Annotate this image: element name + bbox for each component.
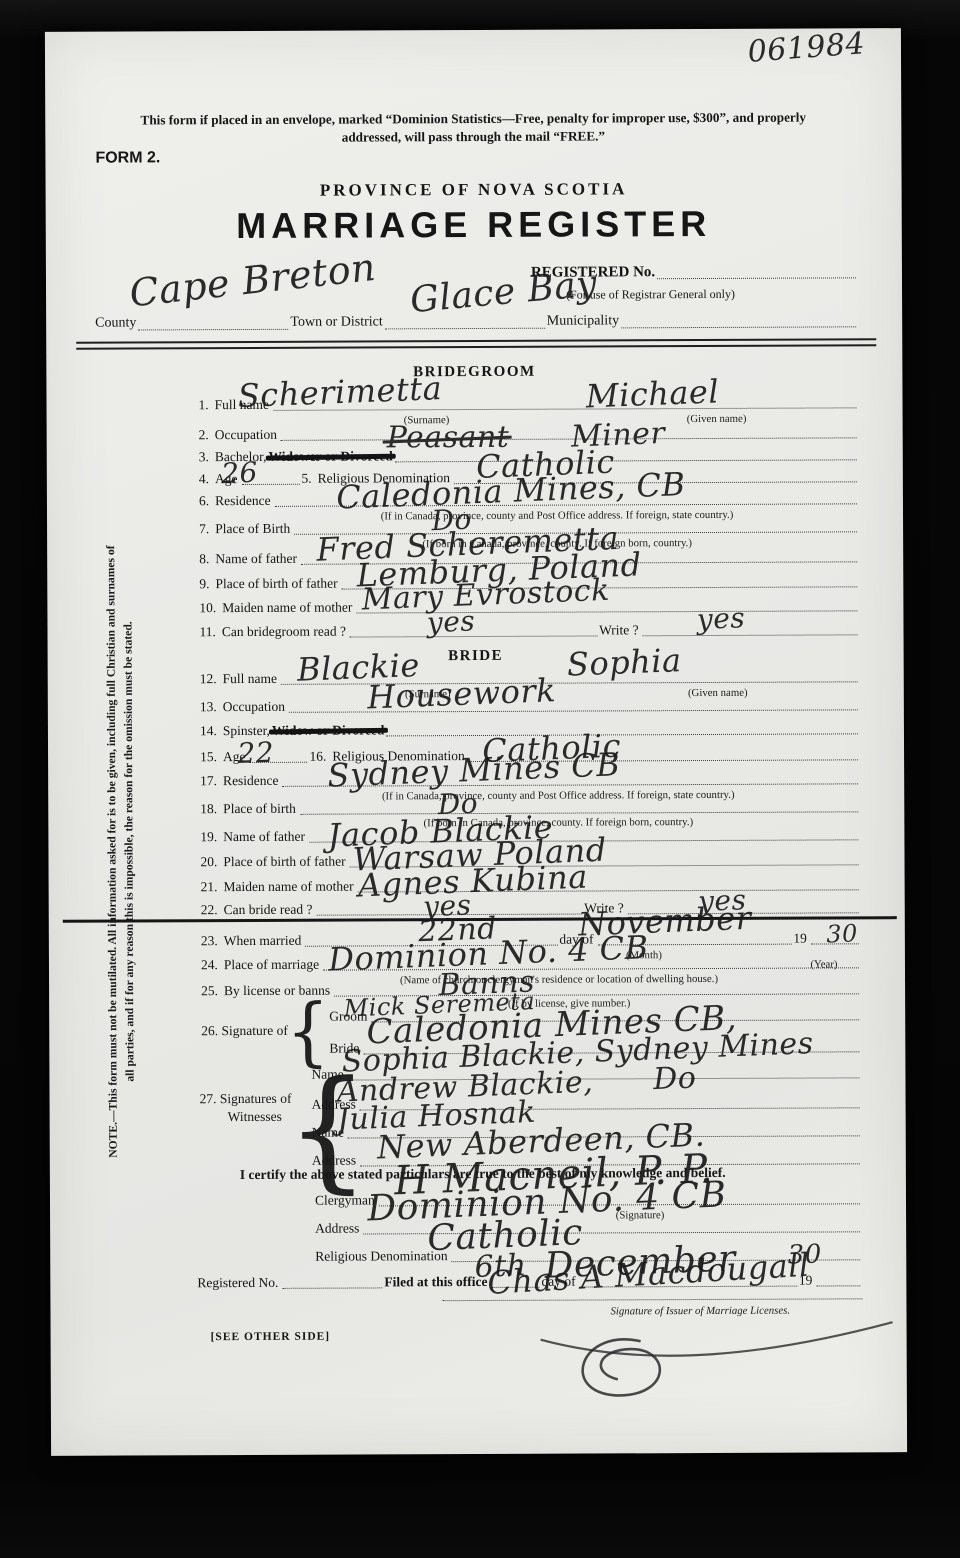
mail-notice: This form if placed in an envelope, mark… <box>45 108 901 149</box>
handwritten-bride-mother: Agnes Kubina <box>357 858 588 905</box>
field-number: 18. <box>200 801 217 817</box>
groom-occupation-row: 2. Occupation <box>199 424 859 443</box>
signature-flourish-icon <box>520 1310 910 1412</box>
county-label: County <box>95 315 136 332</box>
province-heading: PROVINCE OF NOVA SCOTIA <box>46 178 902 202</box>
municipality-label: Municipality <box>547 313 619 330</box>
bride-literacy-row: 22. Can bride read ? Write ? <box>201 899 861 918</box>
field-number: 11. <box>199 624 215 640</box>
signature-of-label: Signature of <box>221 1023 287 1038</box>
marriage-register-page: 061984 This form if placed in an envelop… <box>45 28 907 1456</box>
handwritten-groom-can-read: yes <box>426 604 476 639</box>
dotted-line <box>395 456 857 463</box>
witnesses-label2: Witnesses <box>228 1109 282 1125</box>
field-number: 7. <box>199 521 209 537</box>
field-number: 17. <box>200 773 217 789</box>
field-label: Maiden name of mother <box>223 879 353 896</box>
handwritten-bride-given: Sophia <box>566 641 682 683</box>
field-number: 27. <box>200 1091 217 1106</box>
divider-double-rule <box>76 338 876 349</box>
handwritten-groom-given: Michael <box>585 372 720 415</box>
field-label: Residence <box>223 773 279 789</box>
field-label: Place of birth of father <box>215 576 337 593</box>
see-other-side-note: [SEE OTHER SIDE] <box>211 1331 331 1344</box>
field-label: Place of Birth <box>215 521 290 538</box>
field-label: Maiden name of mother <box>222 600 352 617</box>
town-label: Town or District <box>290 314 382 331</box>
dotted-line <box>282 1284 382 1289</box>
field-number: 21. <box>201 879 218 895</box>
address-label: Address <box>315 1221 359 1237</box>
struck-out-status-options: Widower or Divorced <box>268 448 392 465</box>
handwritten-bride-age: 22 <box>237 736 275 770</box>
field-label: When married <box>224 933 302 950</box>
field-label: Place of marriage <box>224 957 319 974</box>
handwritten-serial-number: 061984 <box>746 26 866 70</box>
handwritten-county: Cape Breton <box>127 245 378 316</box>
field-number: 25. <box>201 983 218 999</box>
mail-notice-text: This form if placed in an envelope, mark… <box>135 109 811 149</box>
struck-out-status-options: Widow or Divorced <box>272 722 385 739</box>
field-label: Full name <box>223 671 277 687</box>
scanned-document: 061984 This form if placed in an envelop… <box>0 0 960 1558</box>
field-number: 22. <box>201 902 218 918</box>
field-number: 4. <box>199 471 209 487</box>
field-label: Place of birth <box>223 801 296 818</box>
dotted-line <box>138 325 288 331</box>
dotted-line <box>385 323 545 329</box>
form-number: FORM 2. <box>95 149 160 167</box>
field-number: 2. <box>199 427 209 443</box>
bridegroom-heading: BRIDEGROOM <box>46 362 902 383</box>
bride-heading: BRIDE <box>48 646 904 667</box>
signatures-of-label: Signatures of <box>220 1091 292 1106</box>
field-number: 12. <box>200 671 217 687</box>
field-label: Can bridegroom read ? <box>222 624 346 641</box>
signature-of-label-row: 26. Signature of <box>201 1023 288 1039</box>
handwritten-groom-surname: Scherimetta <box>237 369 443 415</box>
field-number: 24. <box>201 957 218 973</box>
registered-label: Registered No. <box>197 1275 278 1292</box>
year-prefix: 19 <box>793 931 807 947</box>
dotted-line <box>621 322 856 328</box>
handwritten-bride-occupation: Housework <box>366 671 556 716</box>
field-number: 14. <box>200 723 217 739</box>
field-number: 9. <box>199 576 209 592</box>
field-number: 10. <box>199 600 216 616</box>
field-label: Occupation <box>223 699 285 715</box>
field-label: Can bride read ? <box>224 902 313 919</box>
field-number: 3. <box>199 449 209 465</box>
field-number: 23. <box>201 933 218 949</box>
field-number: 6. <box>199 493 209 509</box>
handwritten-groom-can-write: yes <box>696 601 746 636</box>
write-label: Write ? <box>599 622 639 638</box>
handwritten-town: Glace Bay <box>408 263 598 321</box>
dotted-line <box>816 1282 860 1287</box>
handwritten-married-year: 30 <box>826 919 859 948</box>
field-number: 16. <box>309 749 326 765</box>
field-label: Name of father <box>223 829 305 846</box>
field-number: 5. <box>301 471 311 487</box>
field-number: 26. <box>201 1023 218 1038</box>
field-number: 15. <box>200 749 217 765</box>
handwritten-groom-age: 26 <box>221 456 259 490</box>
field-number: 13. <box>200 699 217 715</box>
dotted-line <box>386 730 858 737</box>
groom-literacy-row: 11. Can bridegroom read ? Write ? <box>199 621 859 640</box>
field-label: Occupation <box>215 427 277 443</box>
field-label: Name of father <box>215 551 297 568</box>
document-title: MARRIAGE REGISTER <box>46 202 902 248</box>
field-label: Residence <box>215 493 271 509</box>
side-note: NOTE.—This form must not be mutilated. A… <box>102 541 139 1161</box>
witnesses-label-row: 27. Signatures of <box>200 1091 292 1107</box>
field-number: 1. <box>198 397 208 413</box>
dotted-line <box>281 434 857 442</box>
field-number: 20. <box>200 854 217 870</box>
dotted-line <box>657 273 856 279</box>
field-number: 19. <box>200 829 217 845</box>
dotted-line <box>643 631 858 637</box>
filed-label: Filed at this office <box>384 1274 487 1291</box>
field-label: Place of birth of father <box>223 854 345 871</box>
field-number: 8. <box>199 551 209 567</box>
